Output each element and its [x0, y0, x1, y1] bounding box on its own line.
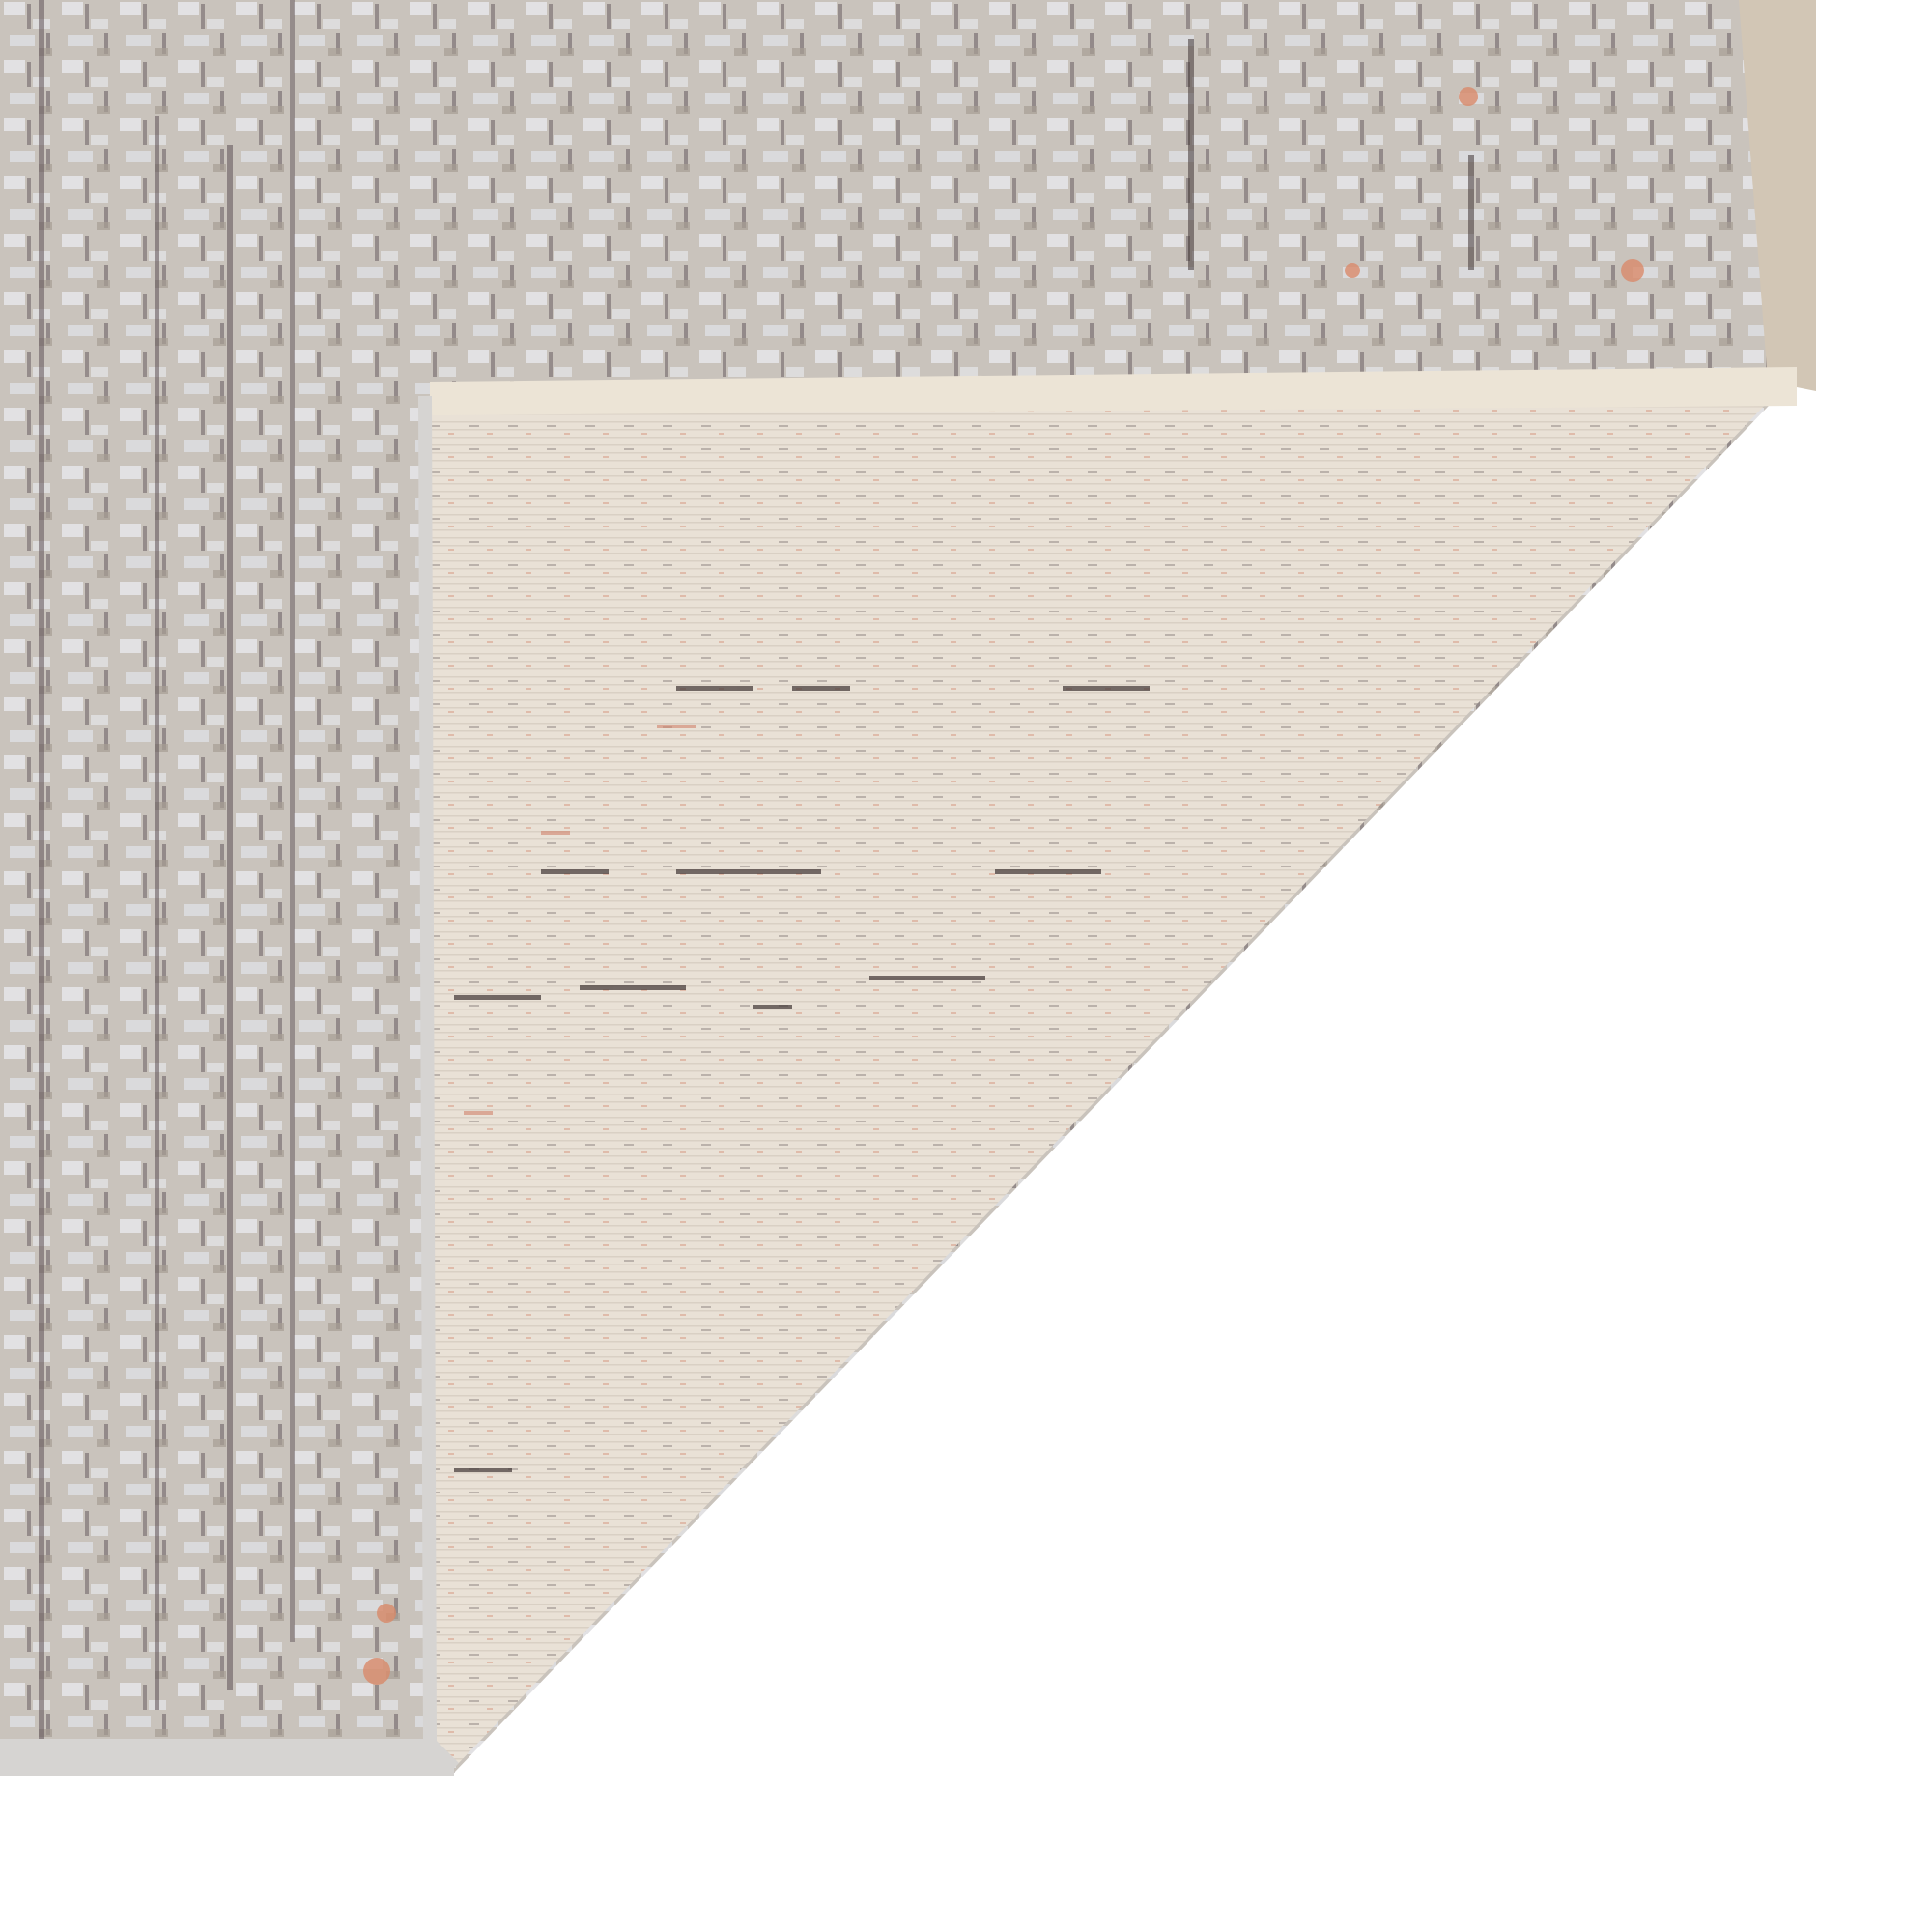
rug-bottom-binding — [0, 1739, 454, 1776]
rug-illustration — [0, 0, 1932, 1932]
rug-back-side — [425, 372, 1797, 1768]
product-photo — [0, 0, 1932, 1932]
